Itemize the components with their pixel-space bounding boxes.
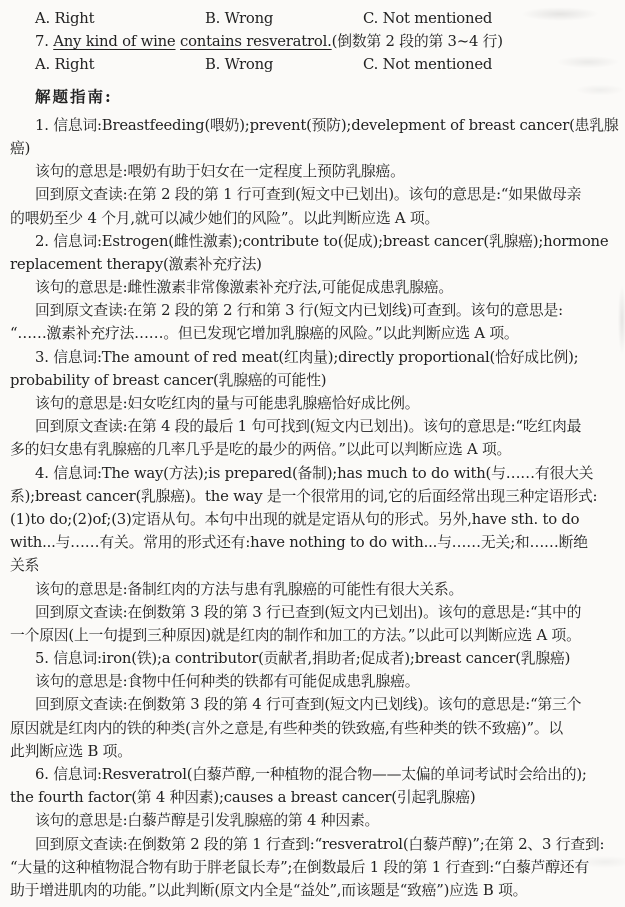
text-line: 该句的意思是:喂奶有助于妇女在一定程度上预防乳腺癌。 [10, 160, 619, 183]
option-b: B. Wrong [205, 53, 363, 76]
section-heading: 解题指南: [10, 85, 619, 108]
text-line: probability of breast cancer(乳腺癌的可能性) [10, 369, 619, 392]
option-a: A. Right [35, 53, 205, 76]
text-line: “……激素补充疗法……。但已发现它增加乳腺癌的风险。”以此判断应选 A 项。 [10, 322, 619, 345]
answer-options-row: A. RightB. WrongC. Not mentioned [10, 53, 619, 76]
text-line: 原因就是红肉内的铁的种类(言外之意是,有些种类的铁致癌,有些种类的铁不致癌)”。… [10, 717, 619, 740]
text-line: 系);breast cancer(乳腺癌)。the way 是一个很常用的词,它… [10, 485, 619, 508]
text-line: with...与……有关。常用的形式还有:have nothing to do … [10, 531, 619, 554]
text-line: 4. 信息词:The way(方法);is prepared(备制);has m… [10, 462, 619, 485]
text-line: 回到原文查读:在第 2 段的第 1 行可查到(短文中已划出)。该句的意思是:“如… [10, 183, 619, 206]
question-text: 7. [35, 33, 53, 50]
document-page: A. RightB. WrongC. Not mentioned7. Any k… [0, 0, 625, 907]
underlined-phrase: Any kind of wine [53, 33, 175, 50]
text-line: 回到原文查读:在第 4 段的最后 1 句可找到(短文内已划出)。该句的意思是:“… [10, 415, 619, 438]
underlined-phrase: contains resveratrol. [180, 33, 332, 50]
text-line: 回到原文查读:在倒数第 3 段的第 3 行已查到(短文内已划出)。该句的意思是:… [10, 601, 619, 624]
text-line: 该句的意思是:雌性激素非常像激素补充疗法,可能促成患乳腺癌。 [10, 276, 619, 299]
text-line: 3. 信息词:The amount of red meat(红肉量);direc… [10, 346, 619, 369]
text-line: 此判断应选 B 项。 [10, 740, 619, 763]
option-c: C. Not mentioned [363, 53, 492, 76]
text-line: 2. 信息词:Estrogen(雌性激素);contribute to(促成);… [10, 230, 619, 253]
text-line: 回到原文查读:在倒数第 3 段的第 4 行可查到(短文内已划线)。该句的意思是:… [10, 693, 619, 716]
question-text: (倒数第 2 段的第 3~4 行) [332, 33, 503, 50]
text-line: 助于增进肌肉的功能。”以此判断(原文内全是“益处”,而该题是“致癌”)应选 B … [10, 879, 619, 902]
text-line: 的喂奶至少 4 个月,就可以减少她们的风险”。以此判断应选 A 项。 [10, 207, 619, 230]
text-line: 关系 [10, 554, 619, 577]
text-line: 该句的意思是:食物中任何种类的铁都有可能促成患乳腺癌。 [10, 670, 619, 693]
option-b: B. Wrong [205, 7, 363, 30]
text-line: replacement therapy(激素补充疗法) [10, 253, 619, 276]
text-line: (1)to do;(2)of;(3)定语从句。本句中出现的就是定语从句的形式。另… [10, 508, 619, 531]
text-line: 多的妇女患有乳腺癌的几率几乎是吃的最少的两倍。”以此可以判断应选 A 项。 [10, 438, 619, 461]
answer-options-row: A. RightB. WrongC. Not mentioned [10, 7, 619, 30]
text-line: 该句的意思是:备制红肉的方法与患有乳腺癌的可能性有很大关系。 [10, 578, 619, 601]
text-line: the fourth factor(第 4 种因素);causes a brea… [10, 786, 619, 809]
text-line: 一个原因(上一句提到三种原因)就是红肉的制作和加工的方法。”以此可以判断应选 A… [10, 624, 619, 647]
text-line: 6. 信息词:Resveratrol(白藜芦醇,一种植物的混合物——太偏的单词考… [10, 763, 619, 786]
text-line: 5. 信息词:iron(铁);a contributor(贡献者,捐助者;促成者… [10, 647, 619, 670]
option-a: A. Right [35, 7, 205, 30]
text-line: 1. 信息词:Breastfeeding(喂奶);prevent(预防);dev… [10, 114, 619, 137]
text-line: 癌) [10, 137, 619, 160]
text-line: 回到原文查读:在倒数第 2 段的第 1 行查到:“resveratrol(白藜芦… [10, 833, 619, 856]
text-line: 该句的意思是:白藜芦醇是引发乳腺癌的第 4 种因素。 [10, 809, 619, 832]
text-line: 该句的意思是:妇女吃红肉的量与可能患乳腺癌恰好成比例。 [10, 392, 619, 415]
question-item-7: 7. Any kind of wine contains resveratrol… [10, 30, 619, 53]
text-line: 回到原文查读:在第 2 段的第 2 行和第 3 行(短文内已划线)可查到。该句的… [10, 299, 619, 322]
text-line: “大量的这种植物混合物有助于胖老鼠长寿”;在倒数最后 1 段的第 1 行查到:“… [10, 856, 619, 879]
option-c: C. Not mentioned [363, 7, 492, 30]
